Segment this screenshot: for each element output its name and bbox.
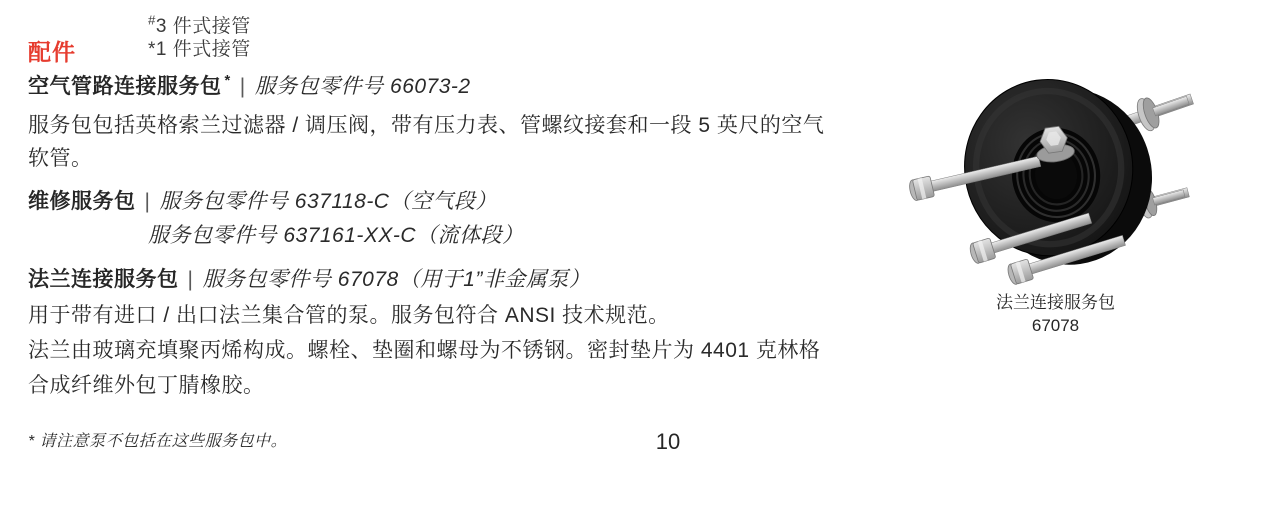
section-repair-kit-part-number-fluid: 服务包零件号 637161-XX-C（流体段） <box>148 224 524 247</box>
heading-separator: | <box>145 190 151 213</box>
section-air-line-kit-title: 空气管路连接服务包 <box>28 75 222 98</box>
section-flange-kit-body-line2: 法兰由玻璃充填聚丙烯构成。螺栓、垫圈和螺母为不锈钢。密封垫片为 4401 克林格 <box>28 334 820 364</box>
section-flange-kit-body-line3: 合成纤维外包丁腈橡胶。 <box>28 369 265 399</box>
section-repair-kit-heading-line2: 服务包零件号 637161-XX-C（流体段） <box>148 219 524 249</box>
figure-caption-title: 法兰连接服务包 <box>898 291 1213 314</box>
pump-not-included-footnote: * 请注意泵不包括在这些服务包中。 <box>28 428 287 451</box>
figure-caption-part-number: 67078 <box>898 314 1213 337</box>
section-air-line-kit-footnote-mark: * <box>225 73 231 89</box>
flange-kit-photo <box>898 64 1213 295</box>
figure-caption: 法兰连接服务包 67078 <box>898 291 1213 337</box>
document-page: 配件 #3 件式接管 *1 件式接管 空气管路连接服务包*|服务包零件号 660… <box>0 0 1283 508</box>
flange-kit-image <box>898 64 1213 290</box>
section-flange-kit-part-number: 服务包零件号 67078（用于1”非金属泵） <box>202 268 590 291</box>
section-air-line-kit-body-line2: 软管。 <box>28 142 93 172</box>
pipe-note-1pc-text: 1 件式接管 <box>156 39 251 60</box>
section-flange-kit-title: 法兰连接服务包 <box>28 268 179 291</box>
heading-separator: | <box>240 75 246 98</box>
section-flange-kit-heading: 法兰连接服务包|服务包零件号 67078（用于1”非金属泵） <box>28 263 590 293</box>
pipe-note-3pc-mark: # <box>148 13 156 28</box>
pipe-note-1pc: *1 件式接管 <box>148 34 251 61</box>
section-air-line-kit-heading: 空气管路连接服务包*|服务包零件号 66073-2 <box>28 70 471 100</box>
accessories-label: 配件 <box>28 34 76 67</box>
page-number: 10 <box>628 429 708 455</box>
section-repair-kit-heading: 维修服务包|服务包零件号 637118-C（空气段） <box>28 185 497 215</box>
section-air-line-kit-part-number: 服务包零件号 66073-2 <box>255 75 471 98</box>
pipe-note-1pc-mark: * <box>148 39 156 60</box>
heading-separator: | <box>188 268 194 291</box>
section-flange-kit-body-line1: 用于带有进口 / 出口法兰集合管的泵。服务包符合 ANSI 技术规范。 <box>28 299 670 329</box>
section-air-line-kit-body-line1: 服务包包括英格索兰过滤器 / 调压阀，带有压力表、管螺纹接套和一段 5 英尺的空… <box>28 109 824 139</box>
section-repair-kit-part-number-air: 服务包零件号 637118-C（空气段） <box>159 190 497 213</box>
section-repair-kit-title: 维修服务包 <box>28 190 136 213</box>
